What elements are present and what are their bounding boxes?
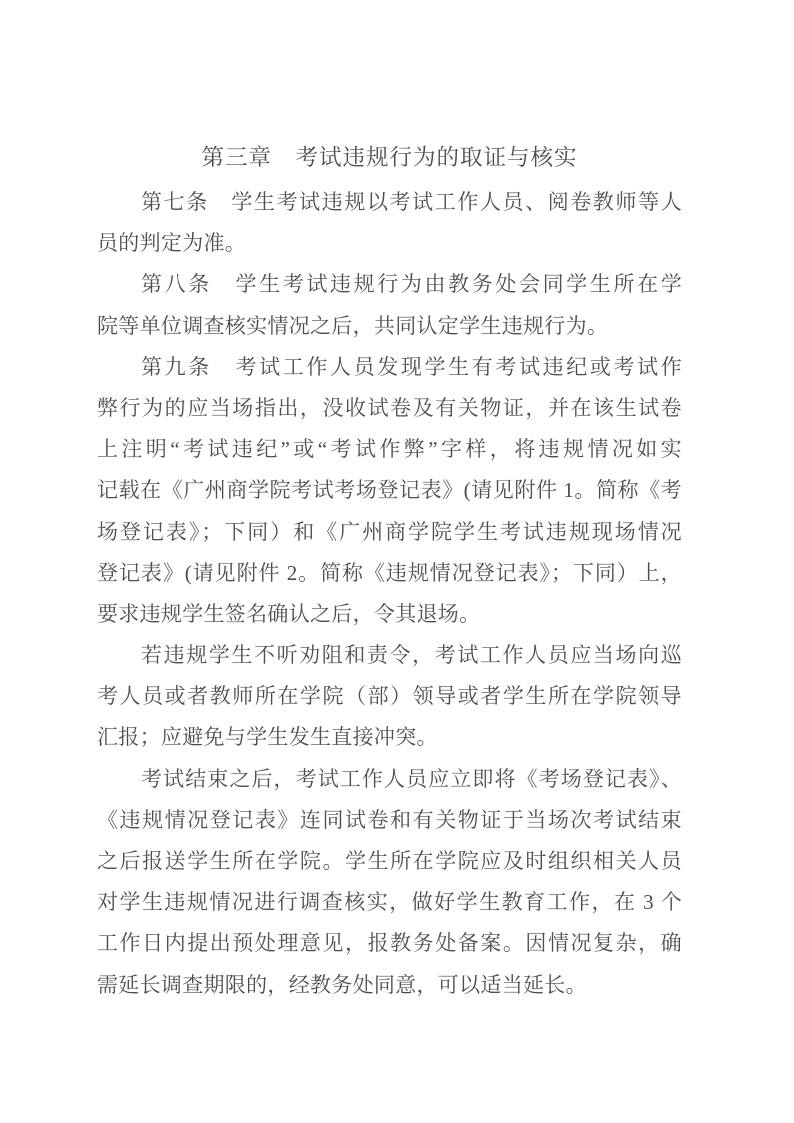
document-body: 第七条 学生考试违规以考试工作人员、阅卷教师等人员的判定为准。第八条 学生考试违… bbox=[97, 182, 682, 1006]
paragraph-after-exam-procedure-line-5: 工作日内提出预处理意见，报教务处备案。因情况复杂，确 bbox=[97, 923, 682, 964]
article-8-line-2: 院等单位调查核实情况之后，共同认定学生违规行为。 bbox=[97, 306, 682, 347]
document-page: 第三章 考试违规行为的取证与核实 第七条 学生考试违规以考试工作人员、阅卷教师等… bbox=[0, 0, 794, 1123]
article-9-line-5: 场登记表》；下同）和《广州商学院学生考试违规现场情况 bbox=[97, 512, 682, 553]
article-9-line-1: 第九条 考试工作人员发现学生有考试违纪或考试作 bbox=[97, 347, 682, 388]
paragraph-after-exam-procedure-line-3: 之后报送学生所在学院。学生所在学院应及时组织相关人员 bbox=[97, 841, 682, 882]
article-9-line-6: 登记表》(请见附件 2。简称《违规情况登记表》；下同）上， bbox=[97, 553, 682, 594]
article-7-line-1: 第七条 学生考试违规以考试工作人员、阅卷教师等人 bbox=[97, 182, 682, 223]
article-8-line-1: 第八条 学生考试违规行为由教务处会同学生所在学 bbox=[97, 264, 682, 305]
paragraph-after-exam-procedure-line-4: 对学生违规情况进行调查核实，做好学生教育工作，在 3 个 bbox=[97, 882, 682, 923]
paragraph-after-exam-procedure-line-6: 需延长调查期限的，经教务处同意，可以适当延长。 bbox=[97, 965, 682, 1006]
paragraph-refusal-handling-line-1: 若违规学生不听劝阻和责令，考试工作人员应当场向巡 bbox=[97, 635, 682, 676]
paragraph-after-exam-procedure-line-2: 《违规情况登记表》连同试卷和有关物证于当场次考试结束 bbox=[97, 800, 682, 841]
article-9-line-7: 要求违规学生签名确认之后，令其退场。 bbox=[97, 594, 682, 635]
paragraph-refusal-handling-line-2: 考人员或者教师所在学院（部）领导或者学生所在学院领导 bbox=[97, 676, 682, 717]
document-content: 第三章 考试违规行为的取证与核实 第七条 学生考试违规以考试工作人员、阅卷教师等… bbox=[97, 134, 682, 1006]
paragraph-after-exam-procedure-line-1: 考试结束之后，考试工作人员应立即将《考场登记表》、 bbox=[97, 759, 682, 800]
paragraph-refusal-handling-line-3: 汇报；应避免与学生发生直接冲突。 bbox=[97, 717, 682, 758]
article-7-line-2: 员的判定为准。 bbox=[97, 223, 682, 264]
article-9-line-2: 弊行为的应当场指出，没收试卷及有关物证，并在该生试卷 bbox=[97, 388, 682, 429]
article-9-line-4: 记载在《广州商学院考试考场登记表》(请见附件 1。简称《考 bbox=[97, 470, 682, 511]
chapter-heading: 第三章 考试违规行为的取证与核实 bbox=[97, 134, 682, 182]
article-9-line-3: 上注明“考试违纪”或“考试作弊”字样，将违规情况如实 bbox=[97, 429, 682, 470]
